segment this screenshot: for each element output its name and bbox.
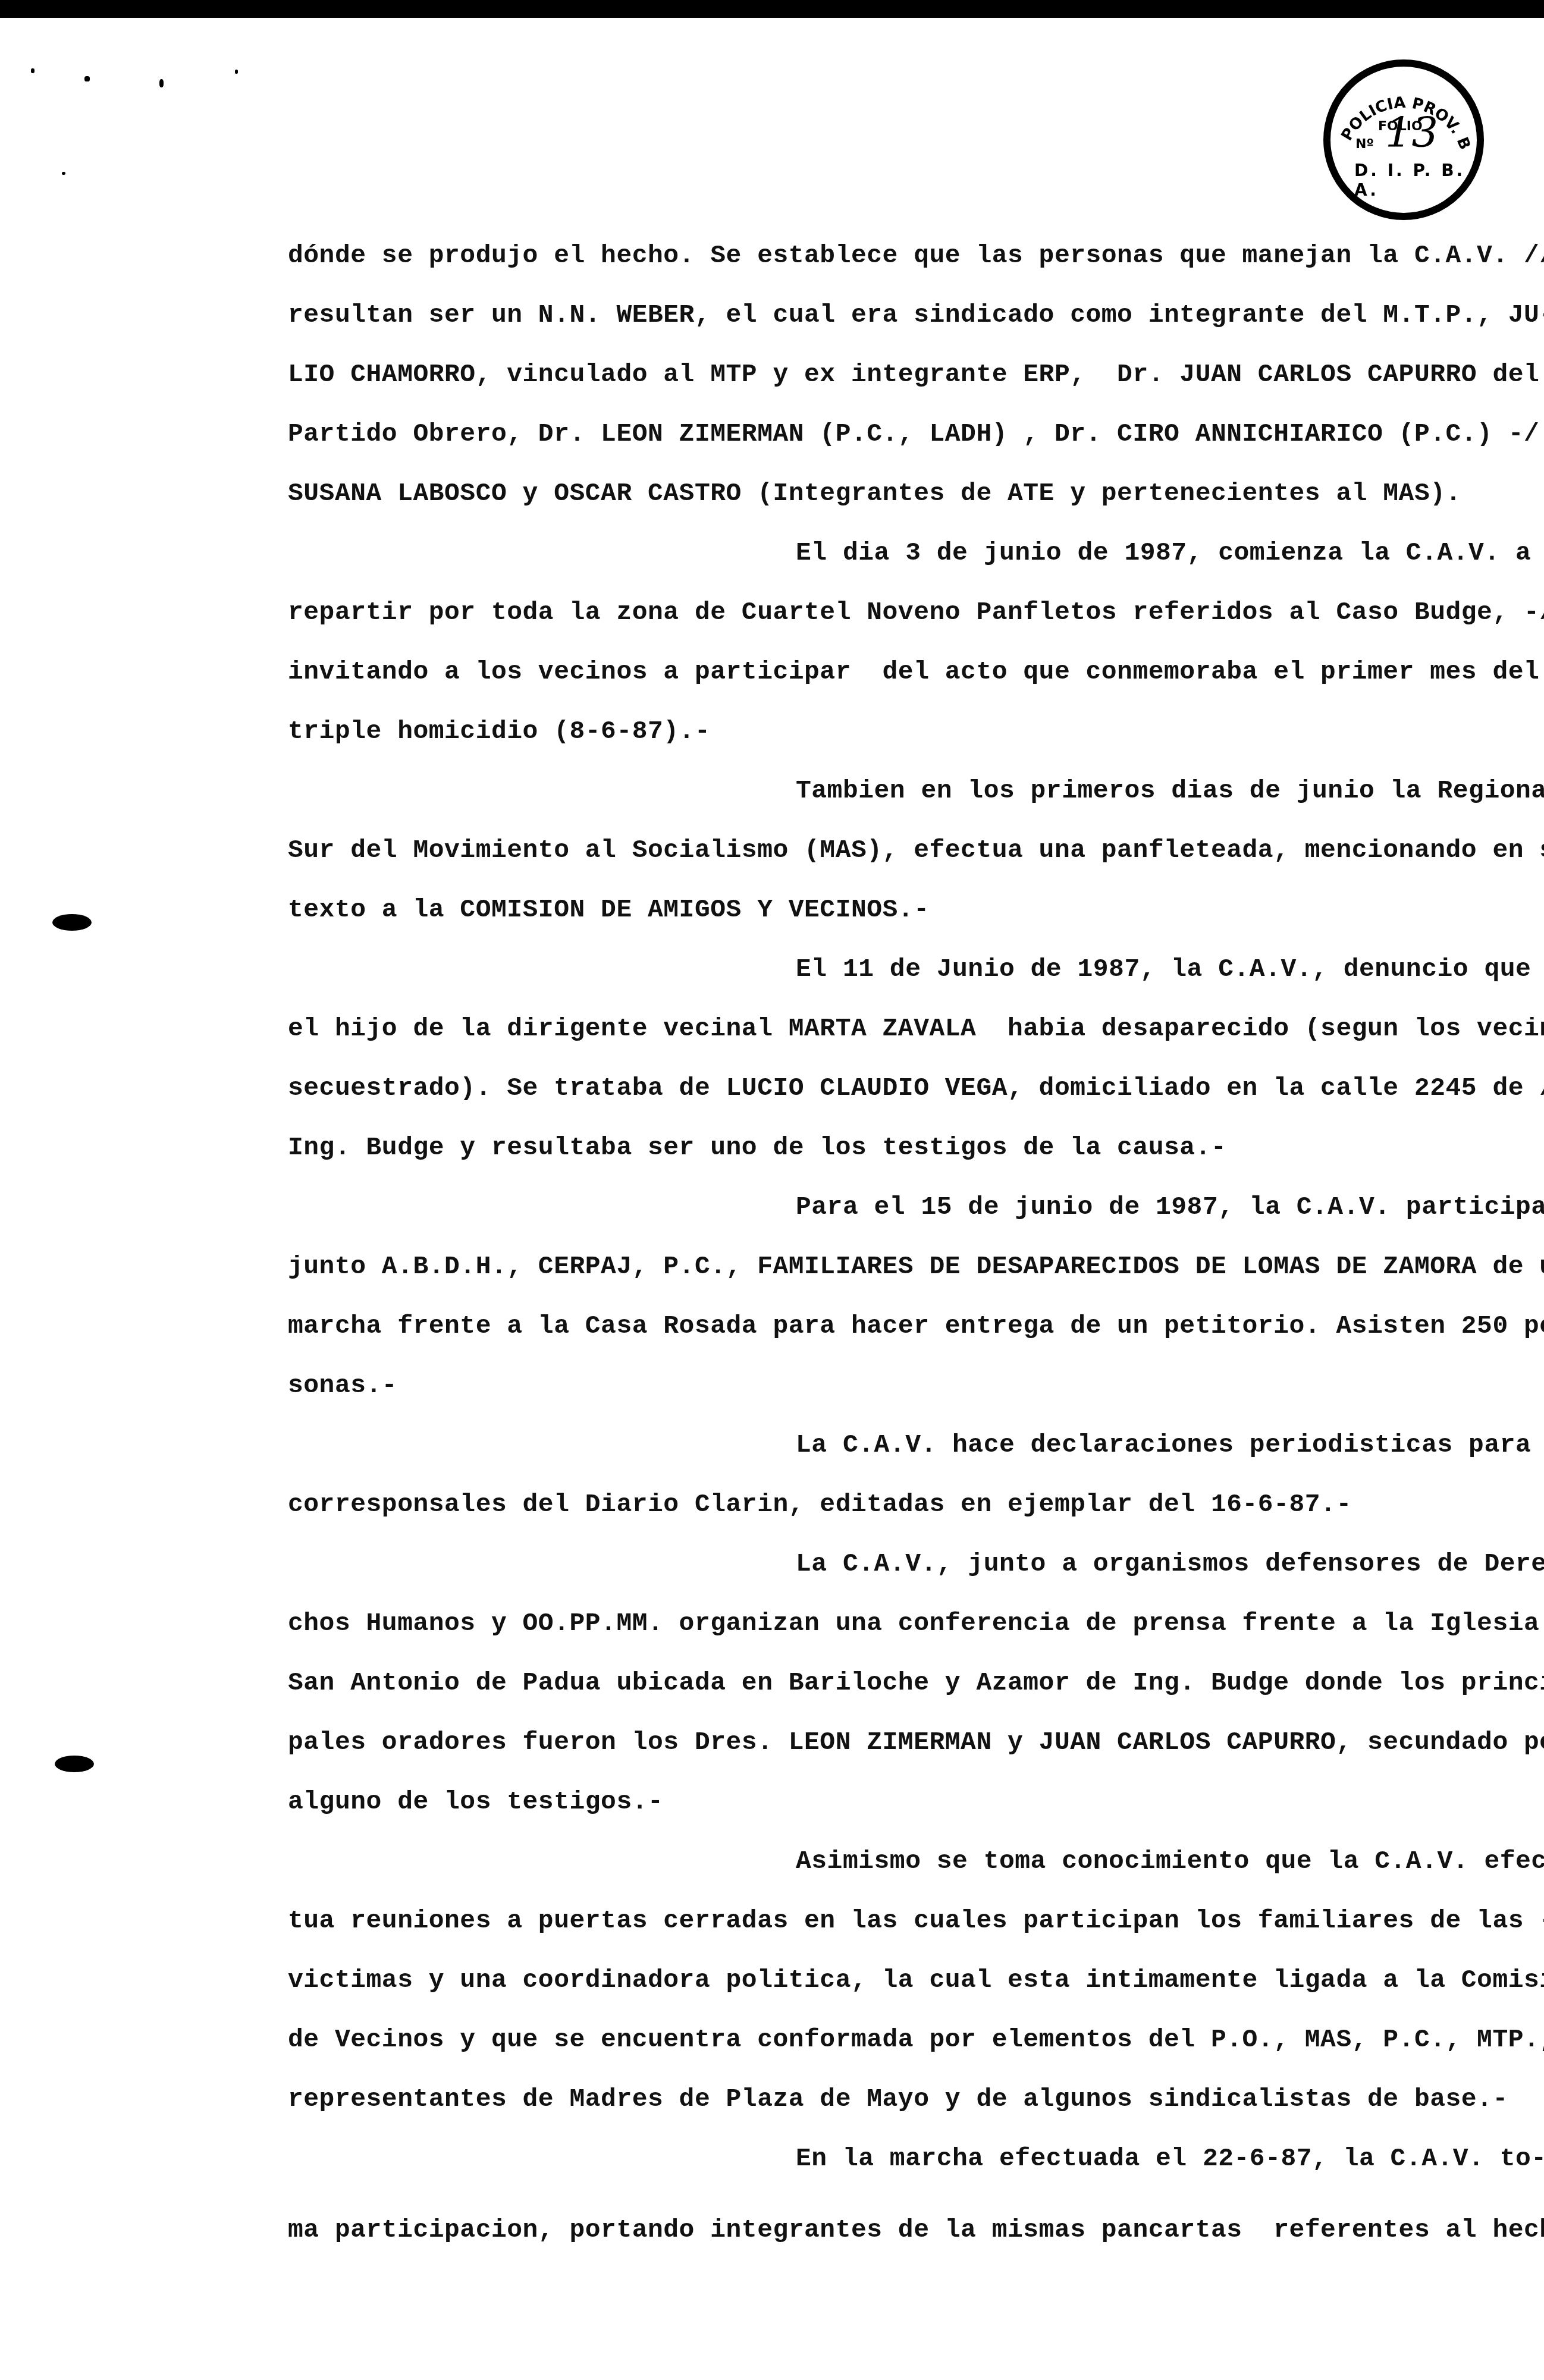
scan-speck bbox=[84, 76, 90, 81]
text-line: victimas y una coordinadora politica, la… bbox=[288, 1963, 1544, 1998]
text-line: repartir por toda la zona de Cuartel Nov… bbox=[288, 595, 1544, 630]
stamp-dipba: D. I. P. B. A. bbox=[1354, 161, 1477, 200]
paragraph-first-line: Asimismo se toma conocimiento que la C.A… bbox=[796, 1844, 1544, 1879]
scan-speck bbox=[159, 79, 164, 87]
scan-speck bbox=[31, 68, 34, 73]
scan-top-border bbox=[0, 0, 1544, 18]
text-line: texto a la COMISION DE AMIGOS Y VECINOS.… bbox=[288, 892, 929, 928]
text-line: triple homicidio (8-6-87).- bbox=[288, 714, 710, 749]
text-line: pales oradores fueron los Dres. LEON ZIM… bbox=[288, 1725, 1544, 1760]
text-line: San Antonio de Padua ubicada en Bariloch… bbox=[288, 1665, 1544, 1701]
scan-speck bbox=[235, 70, 238, 74]
text-line: Sur del Movimiento al Socialismo (MAS), … bbox=[288, 833, 1544, 868]
punch-hole bbox=[55, 1756, 94, 1772]
text-line: invitando a los vecinos a participar del… bbox=[288, 654, 1539, 690]
text-line: corresponsales del Diario Clarin, editad… bbox=[288, 1487, 1352, 1522]
punch-hole bbox=[52, 914, 92, 931]
paragraph-first-line: La C.A.V., junto a organismos defensores… bbox=[796, 1546, 1544, 1582]
paragraph-first-line: Para el 15 de junio de 1987, la C.A.V. p… bbox=[796, 1189, 1544, 1225]
text-line: Ing. Budge y resultaba ser uno de los te… bbox=[288, 1130, 1226, 1166]
stamp-folio-number: 13 bbox=[1385, 108, 1438, 157]
paragraph-first-line: En la marcha efectuada el 22-6-87, la C.… bbox=[796, 2141, 1544, 2177]
text-line: sonas.- bbox=[288, 1368, 397, 1403]
text-line: dónde se produjo el hecho. Se establece … bbox=[288, 238, 1544, 274]
scan-speck bbox=[62, 172, 65, 175]
text-line: resultan ser un N.N. WEBER, el cual era … bbox=[288, 297, 1544, 333]
text-line: secuestrado). Se trataba de LUCIO CLAUDI… bbox=[288, 1070, 1544, 1106]
text-line: SUSANA LABOSCO y OSCAR CASTRO (Integrant… bbox=[288, 476, 1461, 511]
official-stamp: POLICIA PROV. BS AIRES FOLIO Nº 13 D. I.… bbox=[1323, 59, 1484, 220]
text-line: marcha frente a la Casa Rosada para hace… bbox=[288, 1308, 1544, 1344]
paragraph-first-line: El 11 de Junio de 1987, la C.A.V., denun… bbox=[796, 952, 1531, 987]
text-line: LIO CHAMORRO, vinculado al MTP y ex inte… bbox=[288, 357, 1539, 393]
text-line: de Vecinos y que se encuentra conformada… bbox=[288, 2022, 1544, 2058]
paragraph-first-line: El dia 3 de junio de 1987, comienza la C… bbox=[796, 535, 1531, 571]
text-line: alguno de los testigos.- bbox=[288, 1784, 663, 1820]
paragraph-first-line: Tambien en los primeros dias de junio la… bbox=[796, 773, 1544, 809]
stamp-number-prefix: Nº bbox=[1355, 137, 1374, 152]
text-line: Partido Obrero, Dr. LEON ZIMERMAN (P.C.,… bbox=[288, 416, 1539, 452]
text-line: junto A.B.D.H., CERPAJ, P.C., FAMILIARES… bbox=[288, 1249, 1544, 1285]
text-line: ma participacion, portando integrantes d… bbox=[288, 2212, 1544, 2248]
text-line: el hijo de la dirigente vecinal MARTA ZA… bbox=[288, 1011, 1544, 1047]
text-line: representantes de Madres de Plaza de May… bbox=[288, 2081, 1508, 2117]
paragraph-first-line: La C.A.V. hace declaraciones periodistic… bbox=[796, 1427, 1531, 1463]
text-line: tua reuniones a puertas cerradas en las … bbox=[288, 1903, 1544, 1939]
text-line: chos Humanos y OO.PP.MM. organizan una c… bbox=[288, 1606, 1544, 1641]
